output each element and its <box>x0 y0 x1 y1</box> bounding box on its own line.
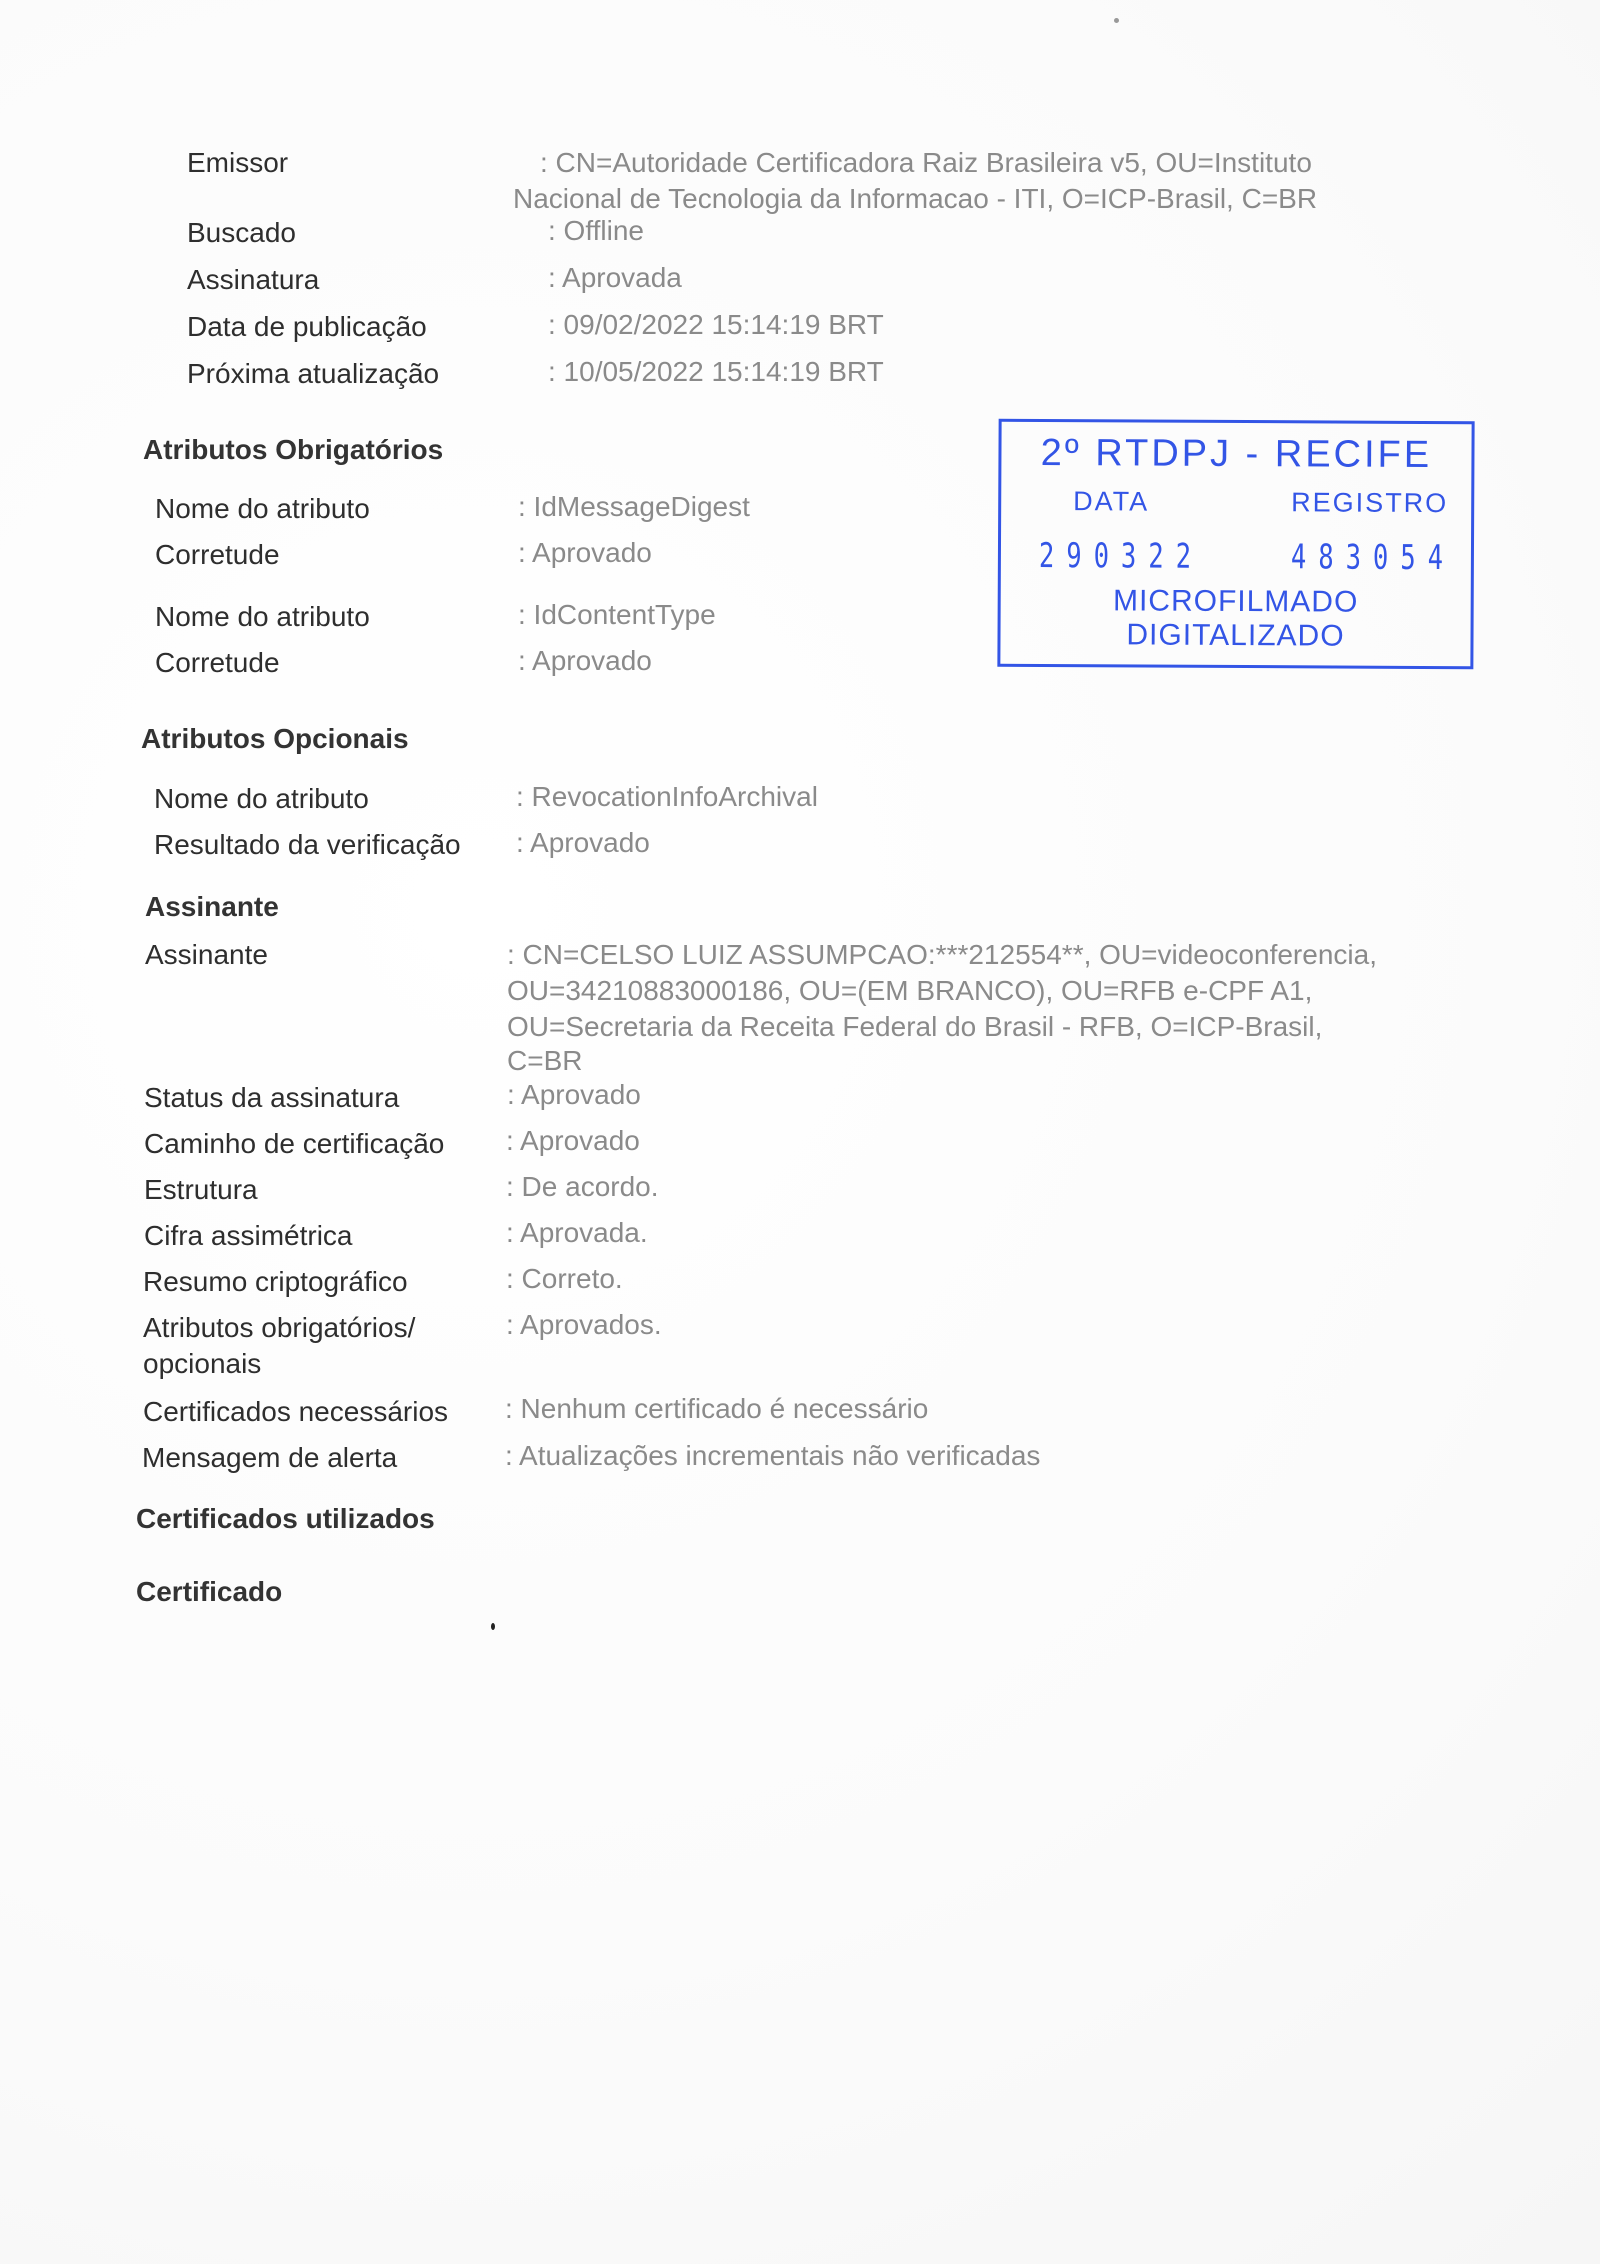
value-buscado: : Offline <box>548 214 644 248</box>
label-nome-atributo-opcional: Nome do atributo <box>154 782 369 816</box>
label-caminho-certificacao: Caminho de certificação <box>144 1127 444 1161</box>
stamp-data-label: DATA <box>1073 486 1149 517</box>
scan-speck <box>491 1623 495 1630</box>
value-assinante-line-1: : CN=CELSO LUIZ ASSUMPCAO:***212554**, O… <box>507 938 1377 972</box>
label-atributos-obrigatorios-opcionais: Atributos obrigatórios/ <box>143 1311 415 1345</box>
value-emissor: : CN=Autoridade Certificadora Raiz Brasi… <box>540 146 1312 180</box>
value-estrutura: : De acordo. <box>506 1170 659 1204</box>
label-assinatura: Assinatura <box>187 263 319 297</box>
value-proxima-atualizacao: : 10/05/2022 15:14:19 BRT <box>548 355 884 389</box>
label-estrutura: Estrutura <box>144 1173 258 1207</box>
label-cifra-assimetrica: Cifra assimétrica <box>144 1219 352 1253</box>
label-data-publicacao: Data de publicação <box>187 310 427 344</box>
stamp-footer: MICROFILMADO DIGITALIZADO <box>1000 584 1470 654</box>
value-nome-atributo-1: : IdMessageDigest <box>518 490 750 524</box>
heading-atributos-obrigatorios: Atributos Obrigatórios <box>143 433 443 467</box>
scanned-page: Emissor : CN=Autoridade Certificadora Ra… <box>0 0 1600 2264</box>
label-corretude-1: Corretude <box>155 538 280 572</box>
value-corretude-1: : Aprovado <box>518 536 652 570</box>
heading-certificados-utilizados: Certificados utilizados <box>136 1502 435 1536</box>
value-data-publicacao: : 09/02/2022 15:14:19 BRT <box>548 308 884 342</box>
label-proxima-atualizacao: Próxima atualização <box>187 357 439 391</box>
heading-atributos-opcionais: Atributos Opcionais <box>141 722 409 756</box>
value-resultado-verificacao: : Aprovado <box>516 826 650 860</box>
label-atributos-obrigatorios-opcionais-cont: opcionais <box>143 1347 261 1381</box>
value-mensagem-alerta: : Atualizações incrementais não verifica… <box>505 1439 1040 1473</box>
value-caminho-certificacao: : Aprovado <box>506 1124 640 1158</box>
label-buscado: Buscado <box>187 216 296 250</box>
stamp-data-value: 290322 <box>1039 536 1203 577</box>
stamp-registro-value: 483054 <box>1291 537 1455 578</box>
value-nome-atributo-opcional: : RevocationInfoArchival <box>516 780 818 814</box>
value-assinatura: : Aprovada <box>548 261 682 295</box>
label-assinante: Assinante <box>145 938 268 972</box>
value-atributos-obrigatorios-opcionais: : Aprovados. <box>506 1308 662 1342</box>
label-certificados-necessarios: Certificados necessários <box>143 1395 448 1429</box>
value-assinante-line-4: C=BR <box>507 1044 582 1078</box>
label-nome-atributo-1: Nome do atributo <box>155 492 370 526</box>
heading-assinante: Assinante <box>145 890 279 924</box>
value-certificados-necessarios: : Nenhum certificado é necessário <box>505 1392 928 1426</box>
value-assinante-line-2: OU=34210883000186, OU=(EM BRANCO), OU=RF… <box>507 974 1312 1008</box>
value-nome-atributo-2: : IdContentType <box>518 598 716 632</box>
label-emissor: Emissor <box>187 146 288 180</box>
registry-stamp: 2º RTDPJ - RECIFE DATA REGISTRO 290322 4… <box>997 419 1474 669</box>
value-status-assinatura: : Aprovado <box>507 1078 641 1112</box>
value-corretude-2: : Aprovado <box>518 644 652 678</box>
stamp-title: 2º RTDPJ - RECIFE <box>1001 432 1471 477</box>
label-mensagem-alerta: Mensagem de alerta <box>142 1441 397 1475</box>
value-cifra-assimetrica: : Aprovada. <box>506 1216 648 1250</box>
label-nome-atributo-2: Nome do atributo <box>155 600 370 634</box>
value-resumo-criptografico: : Correto. <box>506 1262 623 1296</box>
value-emissor-cont: Nacional de Tecnologia da Informacao - I… <box>513 182 1317 216</box>
label-resumo-criptografico: Resumo criptográfico <box>143 1265 408 1299</box>
heading-certificado: Certificado <box>136 1575 282 1609</box>
scan-speck <box>1114 18 1119 23</box>
label-resultado-verificacao: Resultado da verificação <box>154 828 461 862</box>
stamp-registro-label: REGISTRO <box>1291 487 1448 519</box>
label-corretude-2: Corretude <box>155 646 280 680</box>
value-assinante-line-3: OU=Secretaria da Receita Federal do Bras… <box>507 1010 1322 1044</box>
label-status-assinatura: Status da assinatura <box>144 1081 399 1115</box>
